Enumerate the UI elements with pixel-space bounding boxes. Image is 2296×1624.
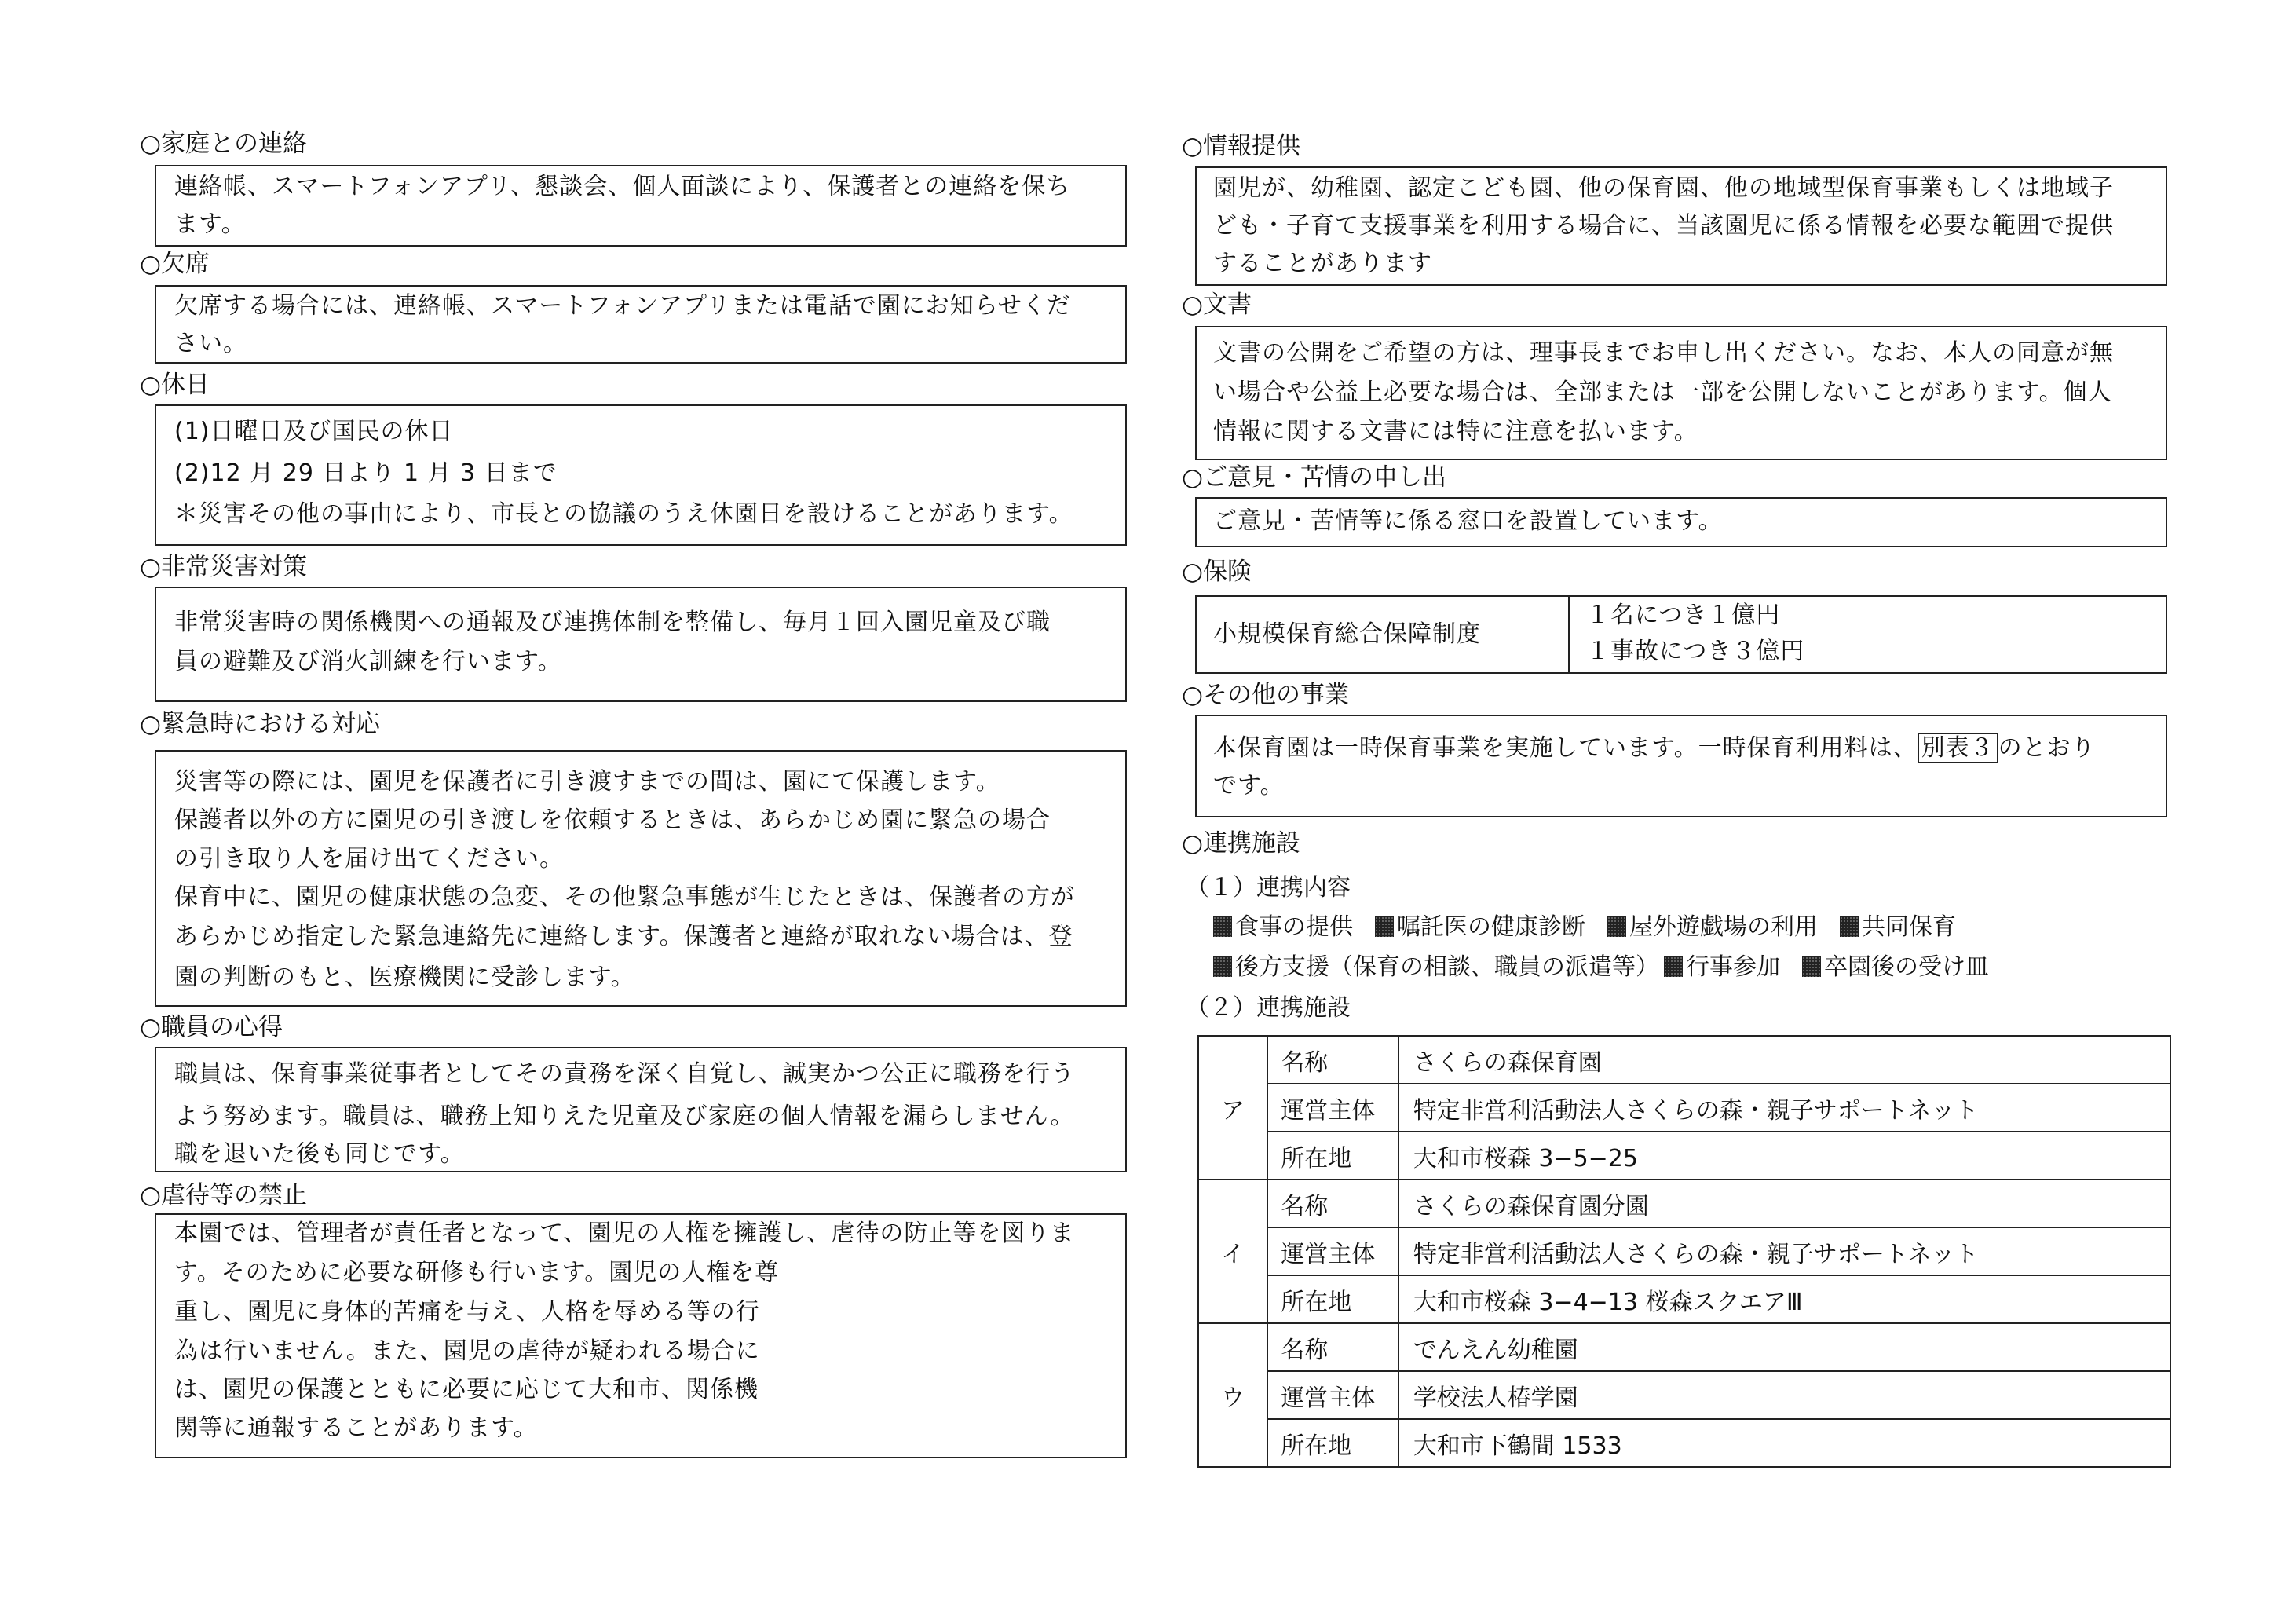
checked-square-icon (1213, 956, 1232, 977)
text-line: 情報に関する文書には特に注意を払います。 (1213, 418, 1698, 446)
table-row: 運営主体 特定非営利活動法人さくらの森・親子サポートネット (1198, 1227, 2170, 1275)
row-label: 所在地 (1267, 1275, 1398, 1323)
heading-family-contact: ○家庭との連絡 (140, 130, 307, 158)
text-line: ども・子育て支援事業を利用する場合に、当該園児に係る情報を必要な範囲で提供 (1213, 212, 2114, 240)
text-line: 園児が、幼稚園、認定こども園、他の保育園、他の地域型保育事業もしくは地域子 (1213, 174, 2114, 203)
text-line: よう努めます。職員は、職務上知りえた児童及び家庭の個人情報を漏らしません。 (174, 1103, 1074, 1131)
row-label: 名称 (1267, 1036, 1398, 1084)
text-line: 保護者以外の方に園児の引き渡しを依頼するときは、あらかじめ園に緊急の場合 (174, 807, 1051, 835)
facility-key: ア (1198, 1036, 1267, 1180)
text-line: 災害等の際には、園児を保護者に引き渡すまでの間は、園にて保護します。 (174, 768, 1000, 796)
text-line: 員の避難及び消火訓練を行います。 (174, 648, 562, 676)
heading-disaster-measures: ○非常災害対策 (140, 553, 307, 581)
row-value: 大和市桜森 3−4−13 桜森スクエアⅢ (1398, 1275, 2170, 1323)
checked-square-icon (1664, 956, 1683, 977)
table-row: ア 名称 さくらの森保育園 (1198, 1036, 2170, 1084)
text-line: することがあります (1213, 250, 1432, 278)
text-line: 連絡帳、スマートフォンアプリ、懇談会、個人面談により、保護者との連絡を保ち (174, 173, 1070, 201)
checked-square-icon (1802, 956, 1821, 977)
row-value: 大和市桜森 3−5−25 (1398, 1132, 2170, 1180)
checked-square-icon (1607, 916, 1626, 937)
text-line: の引き取り人を届け出てください。 (174, 845, 564, 873)
heading-complaints: ○ご意見・苦情の申し出 (1182, 463, 1446, 492)
cooperation-item-backup-support: 後方支援（保育の相談、職員の派遣等） (1213, 953, 1659, 981)
text-line: 非常災害時の関係機関への通報及び連携体制を整備し、毎月１回入園児童及び職 (174, 609, 1051, 637)
heading-absence: ○欠席 (140, 250, 210, 278)
other-text-post: のとおり (1998, 734, 2096, 762)
heading-holidays: ○休日 (140, 371, 210, 399)
text-line: 職員は、保育事業従事者としてその責務を深く自覚し、誠実かつ公正に職務を行う (174, 1060, 1075, 1088)
row-label: 運営主体 (1267, 1084, 1398, 1132)
box-disaster-measures (155, 587, 1127, 702)
text-line: 保育中に、園児の健康状態の急変、その他緊急事態が生じたときは、保護者の方が (174, 883, 1075, 912)
table-row: 所在地 大和市桜森 3−5−25 (1198, 1132, 2170, 1180)
text-line: 文書の公開をご希望の方は、理事長までお申し出ください。なお、本人の同意が無 (1213, 339, 2114, 368)
heading-documents: ○文書 (1182, 291, 1252, 319)
row-value: 大和市下鶴間 1533 (1398, 1419, 2170, 1467)
text-line: です。 (1213, 772, 1285, 800)
row-value: 学校法人椿学園 (1398, 1371, 2170, 1419)
other-text-pre: 本保育園は一時保育事業を実施しています。一時保育利用料は、 (1213, 734, 1918, 762)
text-line: あらかじめ指定した緊急連絡先に連絡します。保護者と連絡が取れない場合は、登 (174, 923, 1073, 951)
heading-other-services: ○その他の事業 (1182, 681, 1349, 709)
text-line: さい。 (174, 330, 247, 358)
heading-partner-facilities: ○連携施設 (1182, 829, 1300, 858)
cooperation-item-meals: 食事の提供 (1213, 913, 1353, 941)
text-line: 本園では、管理者が責任者となって、園児の人権を擁護し、虐待の防止等を図りま (174, 1220, 1074, 1248)
table-row: ウ 名称 でんえん幼稚園 (1198, 1323, 2170, 1371)
text-line: 園の判断のもと、医療機関に受診します。 (174, 964, 635, 992)
appendix-3-reference: 別表３ (1918, 733, 1998, 763)
text-line: す。そのために必要な研修も行います。園児の人権を尊 (174, 1259, 779, 1287)
heading-abuse-prohibition: ○虐待等の禁止 (140, 1181, 307, 1209)
text-line: 関等に通報することがあります。 (174, 1414, 538, 1443)
text-line: 為は行いません。また、園児の虐待が疑われる場合に (174, 1337, 760, 1366)
cooperation-items-row-1: 食事の提供嘱託医の健康診断屋外遊戯場の利用共同保育 (1213, 913, 1978, 942)
row-value: 特定非営利活動法人さくらの森・親子サポートネット (1398, 1084, 2170, 1132)
facility-key: ウ (1198, 1323, 1267, 1467)
insurance-coverage-per-person: １名につき１億円 (1586, 602, 1780, 630)
checked-square-icon (1840, 916, 1859, 937)
row-value: さくらの森保育園分園 (1398, 1180, 2170, 1227)
row-value: 特定非営利活動法人さくらの森・親子サポートネット (1398, 1227, 2170, 1275)
row-label: 名称 (1267, 1323, 1398, 1371)
text-line: ご意見・苦情等に係る窓口を設置しています。 (1213, 507, 1723, 536)
cooperation-items-row-2: 後方支援（保育の相談、職員の派遣等）行事参加卒園後の受け皿 (1213, 953, 2011, 982)
cooperation-item-events: 行事参加 (1664, 953, 1780, 981)
insurance-name: 小規模保育総合保障制度 (1213, 620, 1481, 649)
text-line: ＊災害その他の事由により、市長との協議のうえ休園日を設けることがあります。 (174, 500, 1073, 529)
text-line: 重し、園児に身体的苦痛を与え、人格を辱める等の行 (174, 1298, 760, 1326)
subheading-partner-facilities: （２）連携施設 (1186, 994, 1351, 1022)
cooperation-item-outdoor-play: 屋外遊戯場の利用 (1607, 913, 1818, 941)
partner-facilities-table: ア 名称 さくらの森保育園 運営主体 特定非営利活動法人さくらの森・親子サポート… (1197, 1035, 2171, 1468)
insurance-coverage-per-accident: １事故につき３億円 (1586, 638, 1804, 666)
text-line: い場合や公益上必要な場合は、全部または一部を公開しないことがあります。個人 (1213, 379, 2112, 407)
box-other-services (1195, 715, 2167, 817)
text-line: (2)12 月 29 日より 1 月 3 日まで (174, 459, 558, 488)
row-label: 所在地 (1267, 1132, 1398, 1180)
facility-key: イ (1198, 1180, 1267, 1323)
table-row: 運営主体 学校法人椿学園 (1198, 1371, 2170, 1419)
row-label: 名称 (1267, 1180, 1398, 1227)
heading-staff-conduct: ○職員の心得 (140, 1013, 283, 1041)
subheading-cooperation-content: （１）連携内容 (1186, 874, 1351, 902)
heading-information-provision: ○情報提供 (1182, 132, 1300, 160)
table-row: 運営主体 特定非営利活動法人さくらの森・親子サポートネット (1198, 1084, 2170, 1132)
cooperation-item-after-graduation: 卒園後の受け皿 (1802, 953, 1989, 981)
text-line: は、園児の保護とともに必要に応じて大和市、関係機 (174, 1376, 759, 1404)
heading-insurance: ○保険 (1182, 558, 1252, 586)
text-line: 職を退いた後も同じです。 (174, 1140, 465, 1169)
cooperation-item-health-checkup: 嘱託医の健康診断 (1375, 913, 1585, 941)
checked-square-icon (1375, 916, 1394, 937)
heading-emergency-response: ○緊急時における対応 (140, 710, 380, 738)
table-row: 所在地 大和市桜森 3−4−13 桜森スクエアⅢ (1198, 1275, 2170, 1323)
table-row: イ 名称 さくらの森保育園分園 (1198, 1180, 2170, 1227)
row-value: さくらの森保育園 (1398, 1036, 2170, 1084)
text-line: 欠席する場合には、連絡帳、スマートフォンアプリまたは電話で園にお知らせくだ (174, 292, 1071, 320)
text-line: 本保育園は一時保育事業を実施しています。一時保育利用料は、別表３のとおり (1213, 734, 2096, 763)
table-row: 所在地 大和市下鶴間 1533 (1198, 1419, 2170, 1467)
cooperation-item-joint-care: 共同保育 (1840, 913, 1956, 941)
text-line: (1)日曜日及び国民の休日 (174, 418, 454, 446)
row-label: 運営主体 (1267, 1371, 1398, 1419)
row-label: 運営主体 (1267, 1227, 1398, 1275)
text-line: ます。 (174, 210, 246, 239)
checked-square-icon (1213, 916, 1232, 937)
row-label: 所在地 (1267, 1419, 1398, 1467)
row-value: でんえん幼稚園 (1398, 1323, 2170, 1371)
